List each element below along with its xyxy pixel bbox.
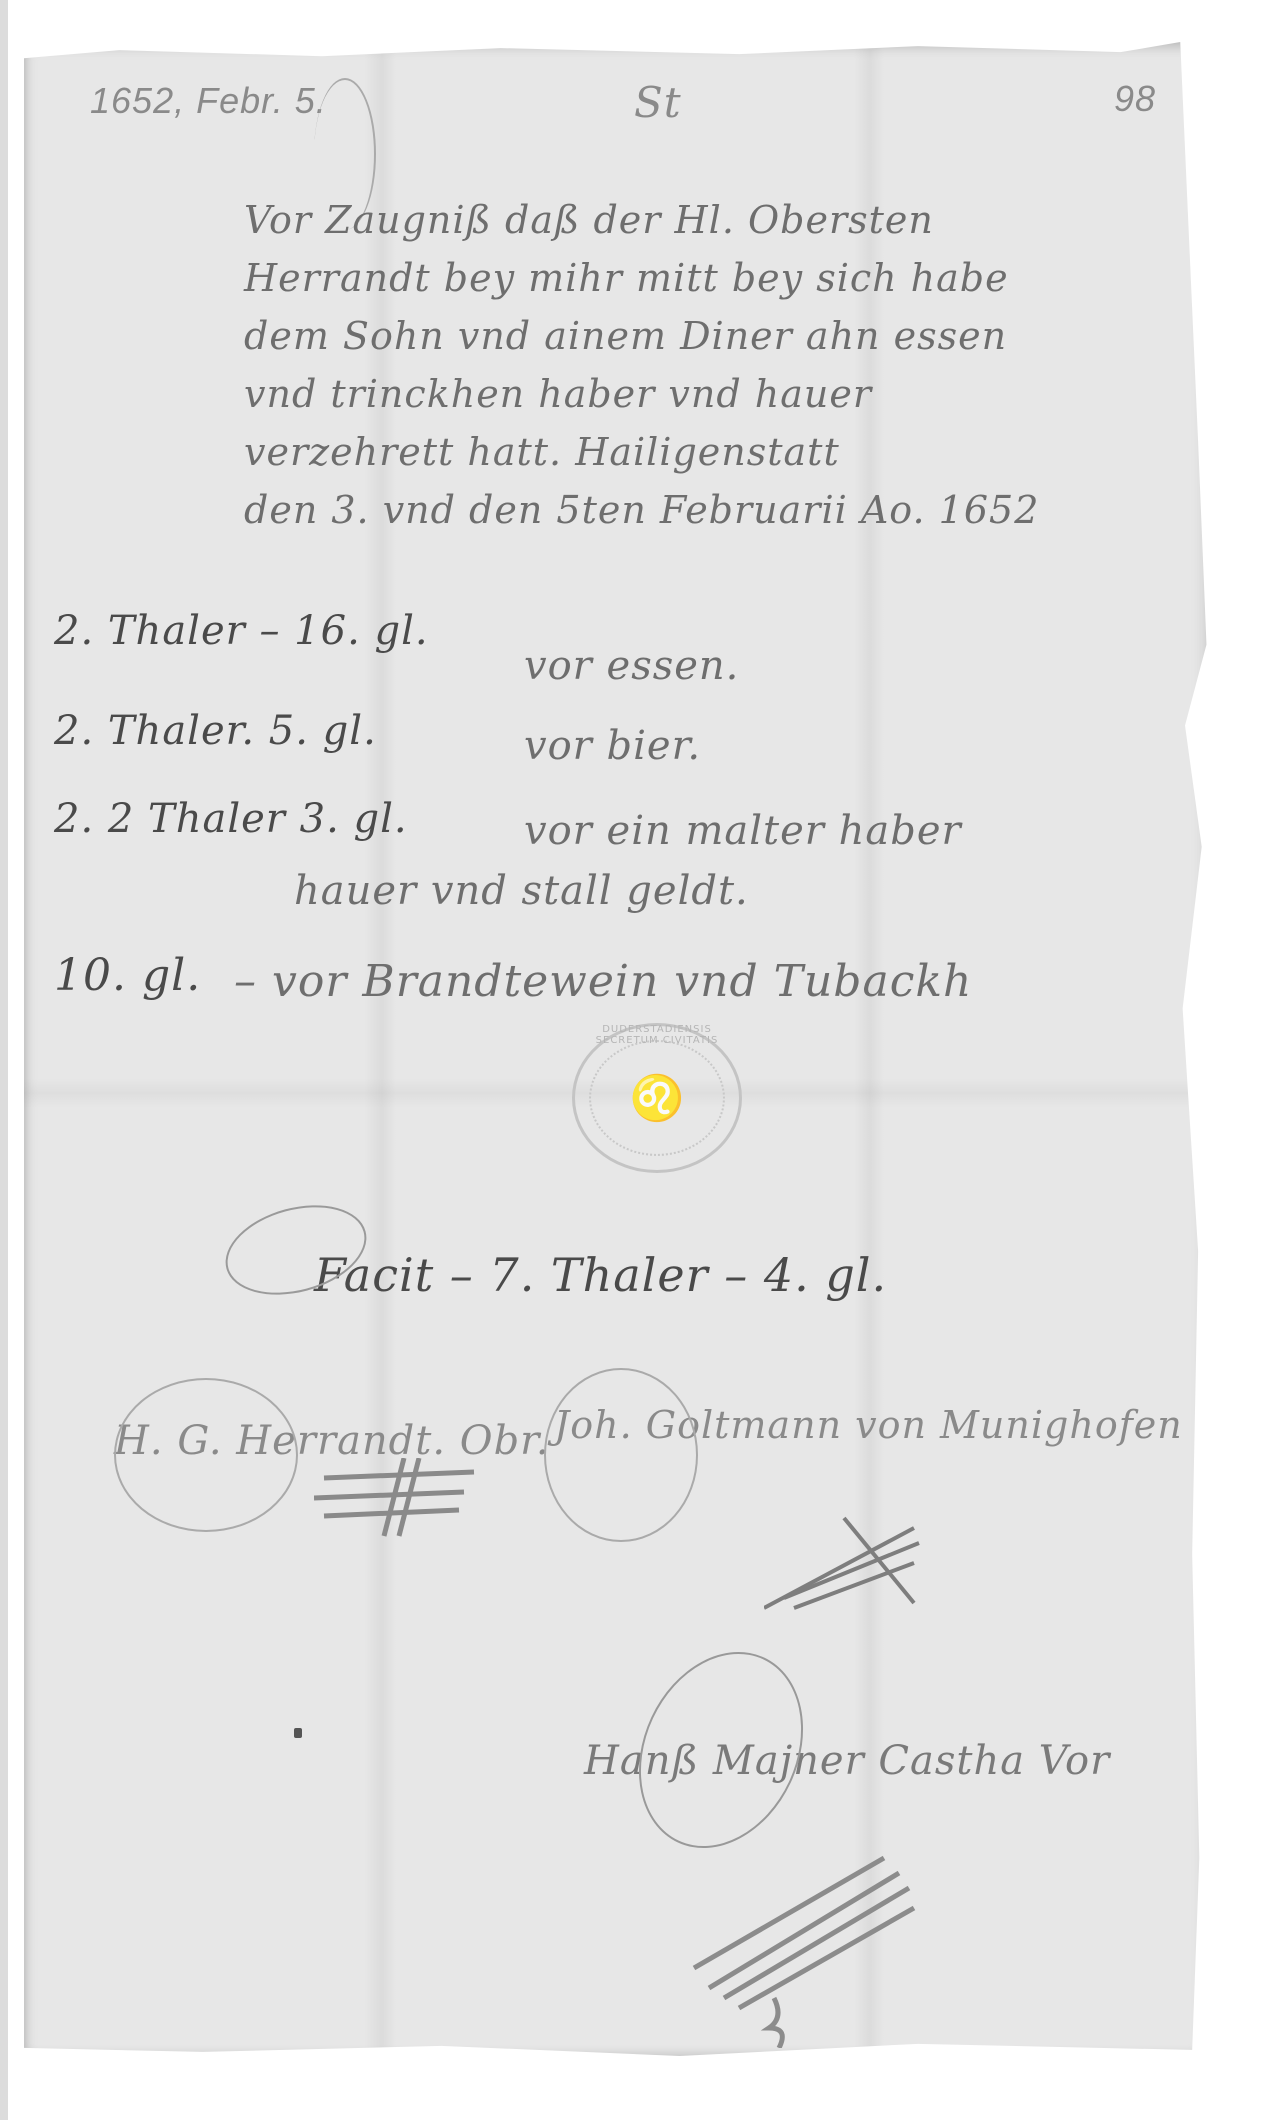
item-4-amount: 10. gl. xyxy=(54,950,201,1001)
signature-2-flourish-icon xyxy=(544,1368,698,1542)
lion-emblem-icon: ♌ xyxy=(630,1072,685,1124)
ink-spot xyxy=(294,1728,302,1738)
archive-date-note: 1652, Febr. 5. xyxy=(90,80,327,122)
seal-legend: DUDERSTADIENSIS SECRETUM CIVITATIS xyxy=(575,1024,739,1046)
body-line-4: vnd trinckhen haber vnd hauer xyxy=(244,372,872,416)
item-2-description: vor bier. xyxy=(524,723,701,769)
total-line: Facit – 7. Thaler – 4. gl. xyxy=(314,1248,887,1302)
city-seal-stamp: DUDERSTADIENSIS SECRETUM CIVITATIS ♌ xyxy=(572,1023,742,1173)
signature-3-flourish-icon xyxy=(608,1625,834,1875)
top-flourish-mark: St xyxy=(634,78,682,127)
item-1-description: vor essen. xyxy=(524,643,739,689)
body-line-6: den 3. vnd den 5ten Februarii Ao. 1652 xyxy=(244,488,1039,532)
item-3-amount: 2. 2 Thaler 3. gl. xyxy=(54,796,408,842)
body-line-3: dem Sohn vnd ainem Diner ahn essen xyxy=(244,314,1007,358)
folio-number: 98 xyxy=(1114,78,1156,120)
signature-1-flourish-icon xyxy=(114,1378,298,1532)
item-4-description: – vor Brandtewein vnd Tubackh xyxy=(234,956,972,1007)
body-line-5: verzehrett hatt. Hailigenstatt xyxy=(244,430,840,474)
body-line-2: Herrandt bey mihr mitt bey sich habe xyxy=(244,256,1009,300)
signature-1-hatching-icon xyxy=(314,1458,484,1538)
body-line-1: Vor Zaugniß daß der Hl. Obersten xyxy=(244,198,934,242)
item-3-continuation: hauer vnd stall geldt. xyxy=(294,868,749,914)
item-1-amount: 2. Thaler – 16. gl. xyxy=(54,608,429,654)
signature-2-hatching-icon xyxy=(764,1508,924,1618)
item-3-description: vor ein malter haber xyxy=(524,808,962,854)
signature-3-hatching-icon xyxy=(684,1848,924,2048)
manuscript-page: 1652, Febr. 5. 98 St Vor Zaugniß daß der… xyxy=(24,38,1216,2060)
item-2-amount: 2. Thaler. 5. gl. xyxy=(54,708,377,754)
scan-border xyxy=(0,0,8,2120)
